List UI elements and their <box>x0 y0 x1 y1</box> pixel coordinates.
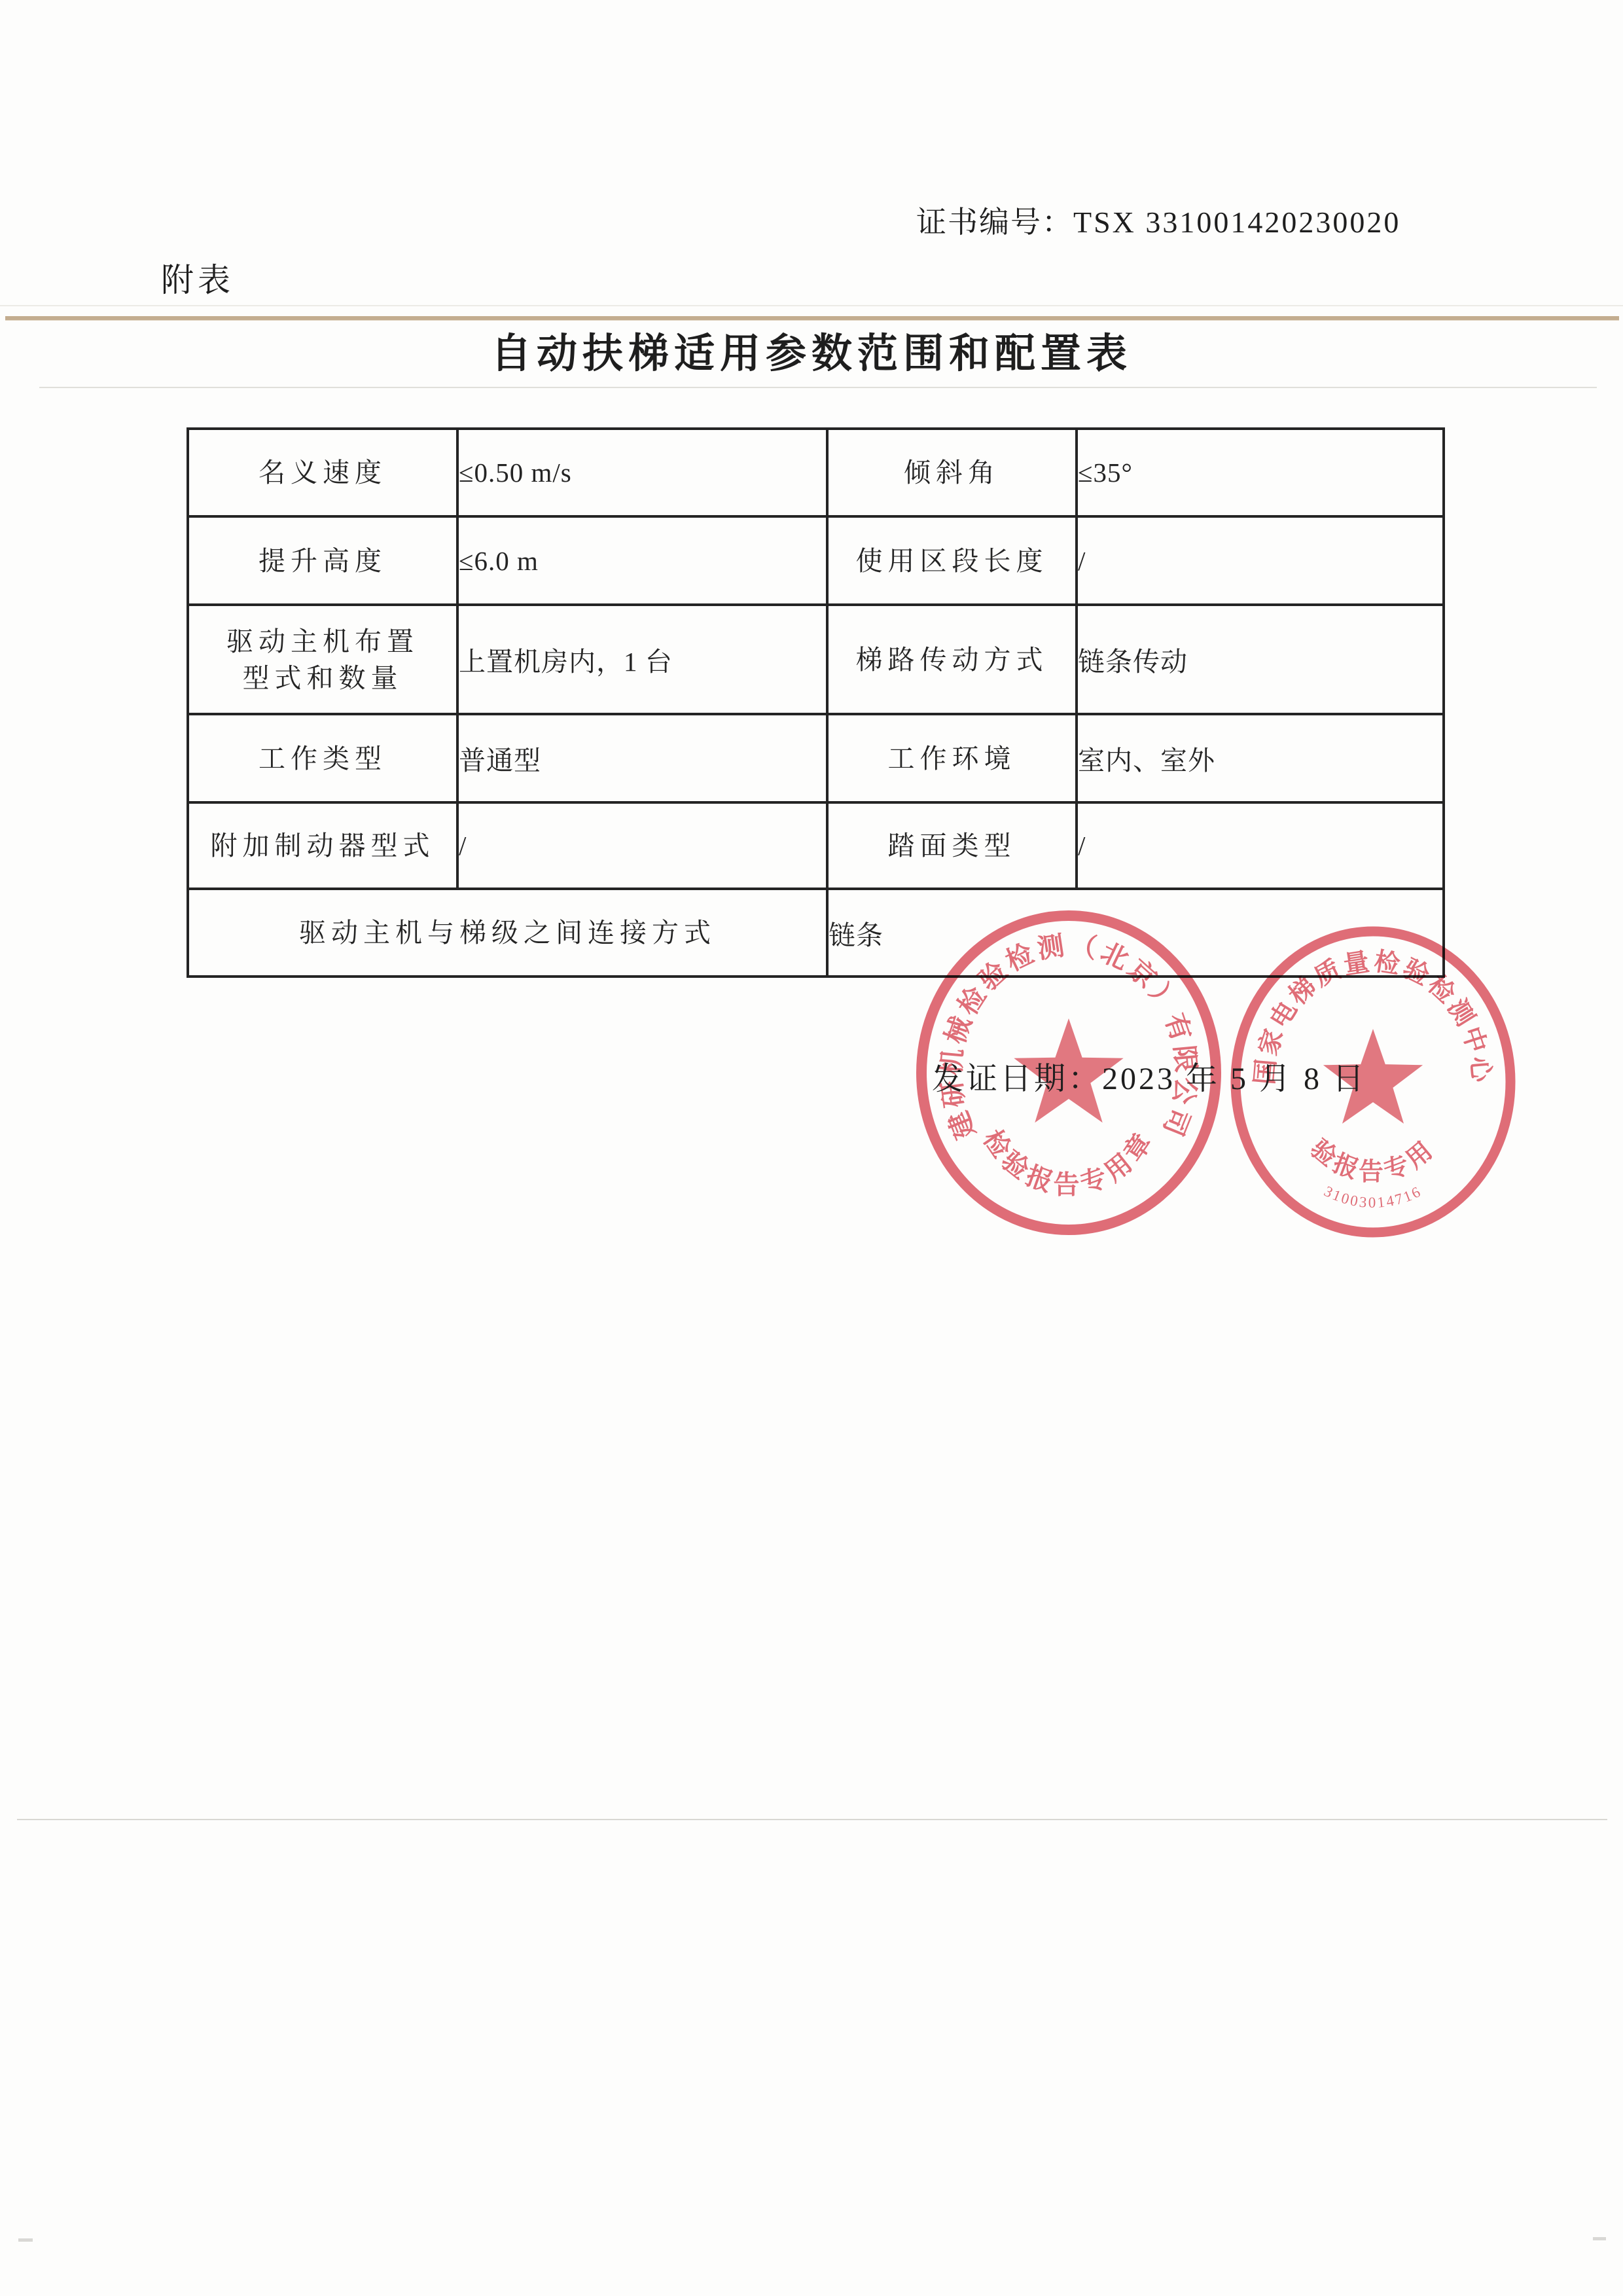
table-row: 名义速度 ≤0.50 m/s 倾斜角 ≤35° <box>188 429 1444 516</box>
param-value-cell: ≤6.0 m <box>457 516 827 605</box>
stamp-purpose-arc-text: 检验报告专用章 <box>978 1124 1160 1199</box>
param-label-cell: 驱动主机布置 型式和数量 <box>188 605 457 714</box>
param-value-cell: 上置机房内，1 台 <box>457 605 827 714</box>
certificate-number-value: TSX 331001420230020 <box>1073 206 1400 239</box>
param-value-cell: / <box>1077 802 1444 889</box>
certificate-number-label: 证书编号： <box>916 206 1073 239</box>
bottom-scan-rule <box>17 1819 1607 1820</box>
param-value-cell: / <box>457 802 827 889</box>
table-row: 驱动主机布置 型式和数量 上置机房内，1 台 梯路传动方式 链条传动 <box>188 605 1444 714</box>
param-label-cell: 附加制动器型式 <box>188 802 457 889</box>
table-row: 工作类型 普通型 工作环境 室内、室外 <box>188 714 1444 802</box>
scan-corner-mark <box>1593 2237 1606 2240</box>
issue-date: 发证日期：2023 年 5 月 8 日 <box>932 1060 1366 1098</box>
attachment-label: 附表 <box>161 262 234 298</box>
certificate-number-line: 证书编号：TSX 331001420230020 <box>916 206 1400 240</box>
param-label-cell: 倾斜角 <box>827 429 1077 516</box>
param-value-cell: 普通型 <box>457 714 827 802</box>
param-value-cell: ≤35° <box>1077 429 1444 516</box>
param-label-cell: 使用区段长度 <box>827 516 1077 605</box>
param-label-cell: 名义速度 <box>188 429 457 516</box>
page-title: 自动扶梯适用参数范围和配置表 <box>0 331 1623 377</box>
param-label-cell: 提升高度 <box>188 516 457 605</box>
certificate-attachment-page: 证书编号：TSX 331001420230020 附表 自动扶梯适用参数范围和配… <box>0 0 1623 2296</box>
table-row: 提升高度 ≤6.0 m 使用区段长度 / <box>188 516 1444 605</box>
scan-corner-mark <box>18 2238 33 2242</box>
param-value-cell: 链条传动 <box>1077 605 1444 714</box>
param-label-cell-merged: 驱动主机与梯级之间连接方式 <box>188 889 827 977</box>
param-label-cell: 踏面类型 <box>827 802 1077 889</box>
param-label-cell: 工作环境 <box>827 714 1077 802</box>
param-value-cell: ≤0.50 m/s <box>457 429 827 516</box>
param-value-cell: / <box>1077 516 1444 605</box>
param-label-cell: 工作类型 <box>188 714 457 802</box>
tan-divider-rule <box>5 316 1619 320</box>
parameters-table: 名义速度 ≤0.50 m/s 倾斜角 ≤35° 提升高度 ≤6.0 m 使用区段… <box>187 427 1445 978</box>
param-value-cell: 室内、室外 <box>1077 714 1444 802</box>
table-row: 附加制动器型式 / 踏面类型 / <box>188 802 1444 889</box>
title-underline-artifact <box>39 387 1597 388</box>
scan-underline-artifact <box>0 305 1623 306</box>
param-label-cell: 梯路传动方式 <box>827 605 1077 714</box>
